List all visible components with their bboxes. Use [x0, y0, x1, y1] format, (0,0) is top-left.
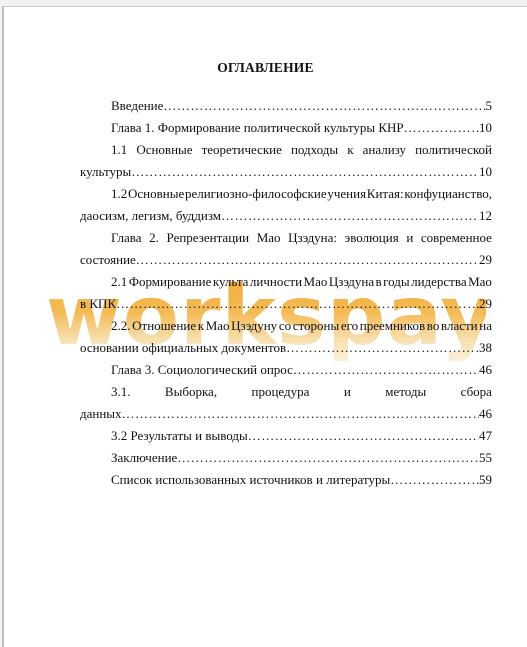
toc-word: Мао	[304, 271, 328, 293]
toc-leader-dots	[221, 205, 479, 227]
toc-page-number: 55	[479, 447, 492, 469]
toc-word: его	[341, 315, 358, 337]
toc-word: 2.1	[111, 271, 127, 293]
toc-page-number: 10	[479, 117, 492, 139]
toc-word: Отношение	[132, 315, 196, 337]
toc-word: Основные	[128, 183, 184, 205]
toc-word: на	[479, 315, 492, 337]
toc-page-number: 59	[479, 469, 492, 491]
toc-line: Глава 1. Формирование политической культ…	[80, 117, 492, 139]
toc-word: Цзэдуна:	[288, 227, 337, 249]
toc-word: Китая:	[367, 183, 404, 205]
toc-word: 2.	[149, 227, 159, 249]
toc-word: Выборка,	[165, 381, 217, 403]
toc-word: во	[427, 315, 440, 337]
toc-entry-title: Глава 3. Социологический опрос	[111, 359, 293, 381]
toc-leader-dots	[293, 359, 479, 381]
toc-word: Мао	[206, 315, 230, 337]
table-of-contents: Введение5Глава 1. Формирование политичес…	[80, 95, 492, 491]
toc-word: Мао	[257, 227, 281, 249]
toc-entry[interactable]: 1.2Основныерелигиозно-философскиеученияК…	[80, 183, 492, 227]
toc-line: даосизм, легизм, буддизм12	[80, 205, 492, 227]
toc-entry[interactable]: Глава2.РепрезентацииМаоЦзэдуна:эволюцияи…	[80, 227, 492, 271]
toc-page-number: 29	[479, 293, 492, 315]
toc-line: 3.2 Результаты и выводы47	[80, 425, 492, 447]
toc-entry[interactable]: 3.2 Результаты и выводы47	[80, 425, 492, 447]
toc-entry-title: основании официальных документов	[80, 337, 286, 359]
toc-word: к	[347, 139, 353, 161]
toc-word: в	[376, 271, 382, 293]
toc-word: 1.1	[111, 139, 127, 161]
toc-leader-dots	[131, 161, 479, 183]
toc-word: подходы	[291, 139, 338, 161]
toc-entry[interactable]: 2.1ФормированиекульталичностиМаоЦзэдунав…	[80, 271, 492, 315]
toc-word: власти	[441, 315, 478, 337]
toc-word: культа	[213, 271, 249, 293]
toc-line: Заключение55	[80, 447, 492, 469]
toc-word: Репрезентации	[167, 227, 250, 249]
toc-word: и	[344, 381, 351, 403]
toc-line: основании официальных документов38	[80, 337, 492, 359]
toc-entry-title: состояние	[80, 249, 136, 271]
toc-entry[interactable]: Список использованных источников и литер…	[80, 469, 492, 491]
toc-word: религиозно-философские	[185, 183, 327, 205]
toc-word: стороны	[293, 315, 339, 337]
toc-word: теоретические	[202, 139, 282, 161]
toc-word: конфуцианство,	[404, 183, 492, 205]
toc-entry[interactable]: Введение5	[80, 95, 492, 117]
toc-line: 1.1Основныетеоретическиеподходыканализуп…	[80, 139, 492, 161]
toc-word: 3.1.	[111, 381, 131, 403]
toc-word: Цзэдуна	[329, 271, 374, 293]
toc-word: лидерства	[411, 271, 467, 293]
toc-line: Глава2.РепрезентацииМаоЦзэдуна:эволюцияи…	[80, 227, 492, 249]
toc-line: состояние29	[80, 249, 492, 271]
toc-word: 2.2.	[111, 315, 131, 337]
toc-page-number: 29	[479, 249, 492, 271]
toc-word: современное	[421, 227, 492, 249]
toc-leader-dots	[390, 469, 479, 491]
toc-entry-title: 3.2 Результаты и выводы	[111, 425, 248, 447]
toc-word: сбора	[461, 381, 492, 403]
toc-word: личности	[250, 271, 302, 293]
toc-entry[interactable]: Глава 3. Социологический опрос46	[80, 359, 492, 381]
toc-page-number: 12	[479, 205, 492, 227]
toc-line: в КПК29	[80, 293, 492, 315]
toc-word: со	[279, 315, 291, 337]
toc-page-number: 38	[479, 337, 492, 359]
toc-word: эволюция	[345, 227, 399, 249]
toc-entry-title: культуры	[80, 161, 131, 183]
toc-line: Список использованных источников и литер…	[80, 469, 492, 491]
toc-entry[interactable]: Заключение55	[80, 447, 492, 469]
toc-page-number: 46	[479, 403, 492, 425]
toc-entry[interactable]: Глава 1. Формирование политической культ…	[80, 117, 492, 139]
toc-leader-dots	[248, 425, 479, 447]
toc-word: Мао	[468, 271, 492, 293]
toc-entry[interactable]: 3.1.Выборка,процедураиметодысбораданных4…	[80, 381, 492, 425]
toc-word: к	[198, 315, 204, 337]
toc-word: Глава	[111, 227, 142, 249]
toc-word: Основные	[136, 139, 192, 161]
toc-line: культуры10	[80, 161, 492, 183]
toc-word: учения	[327, 183, 366, 205]
toc-entry-title: Введение	[111, 95, 163, 117]
toc-line: данных46	[80, 403, 492, 425]
toc-word: Формирование	[129, 271, 212, 293]
toc-leader-dots	[177, 447, 479, 469]
toc-entry-title: в КПК	[80, 293, 116, 315]
toc-page-number: 5	[486, 95, 493, 117]
page-title: ОГЛАВЛЕНИЕ	[4, 60, 527, 76]
toc-leader-dots	[286, 337, 479, 359]
toc-entry-title: Список использованных источников и литер…	[111, 469, 390, 491]
toc-word: годы	[383, 271, 409, 293]
toc-leader-dots	[116, 293, 479, 315]
toc-page-number: 47	[479, 425, 492, 447]
toc-word: методы	[385, 381, 426, 403]
toc-leader-dots	[404, 117, 479, 139]
toc-entry-title: Заключение	[111, 447, 177, 469]
toc-word: Цзэдуну	[231, 315, 277, 337]
toc-page-number: 10	[479, 161, 492, 183]
toc-word: анализу	[363, 139, 406, 161]
toc-line: 2.1ФормированиекульталичностиМаоЦзэдунав…	[80, 271, 492, 293]
toc-line: 3.1.Выборка,процедураиметодысбора	[80, 381, 492, 403]
toc-word: 1.2	[111, 183, 127, 205]
toc-line: 1.2Основныерелигиозно-философскиеученияК…	[80, 183, 492, 205]
toc-leader-dots	[163, 95, 485, 117]
toc-leader-dots	[136, 249, 479, 271]
document-page: workspay.ru ОГЛАВЛЕНИЕ Введение5Глава 1.…	[2, 6, 527, 647]
toc-word: преемников	[360, 315, 425, 337]
toc-page-number: 46	[479, 359, 492, 381]
toc-word: процедура	[252, 381, 310, 403]
toc-leader-dots	[122, 403, 479, 425]
toc-entry-title: даосизм, легизм, буддизм	[80, 205, 221, 227]
toc-line: 2.2.ОтношениекМаоЦзэдунусостороныегопрее…	[80, 315, 492, 337]
toc-line: Введение5	[80, 95, 492, 117]
toc-entry[interactable]: 1.1Основныетеоретическиеподходыканализуп…	[80, 139, 492, 183]
toc-entry-title: Глава 1. Формирование политической культ…	[111, 117, 404, 139]
toc-line: Глава 3. Социологический опрос46	[80, 359, 492, 381]
toc-word: и	[406, 227, 413, 249]
toc-entry[interactable]: 2.2.ОтношениекМаоЦзэдунусостороныегопрее…	[80, 315, 492, 359]
toc-entry-title: данных	[80, 403, 122, 425]
toc-word: политической	[415, 139, 492, 161]
